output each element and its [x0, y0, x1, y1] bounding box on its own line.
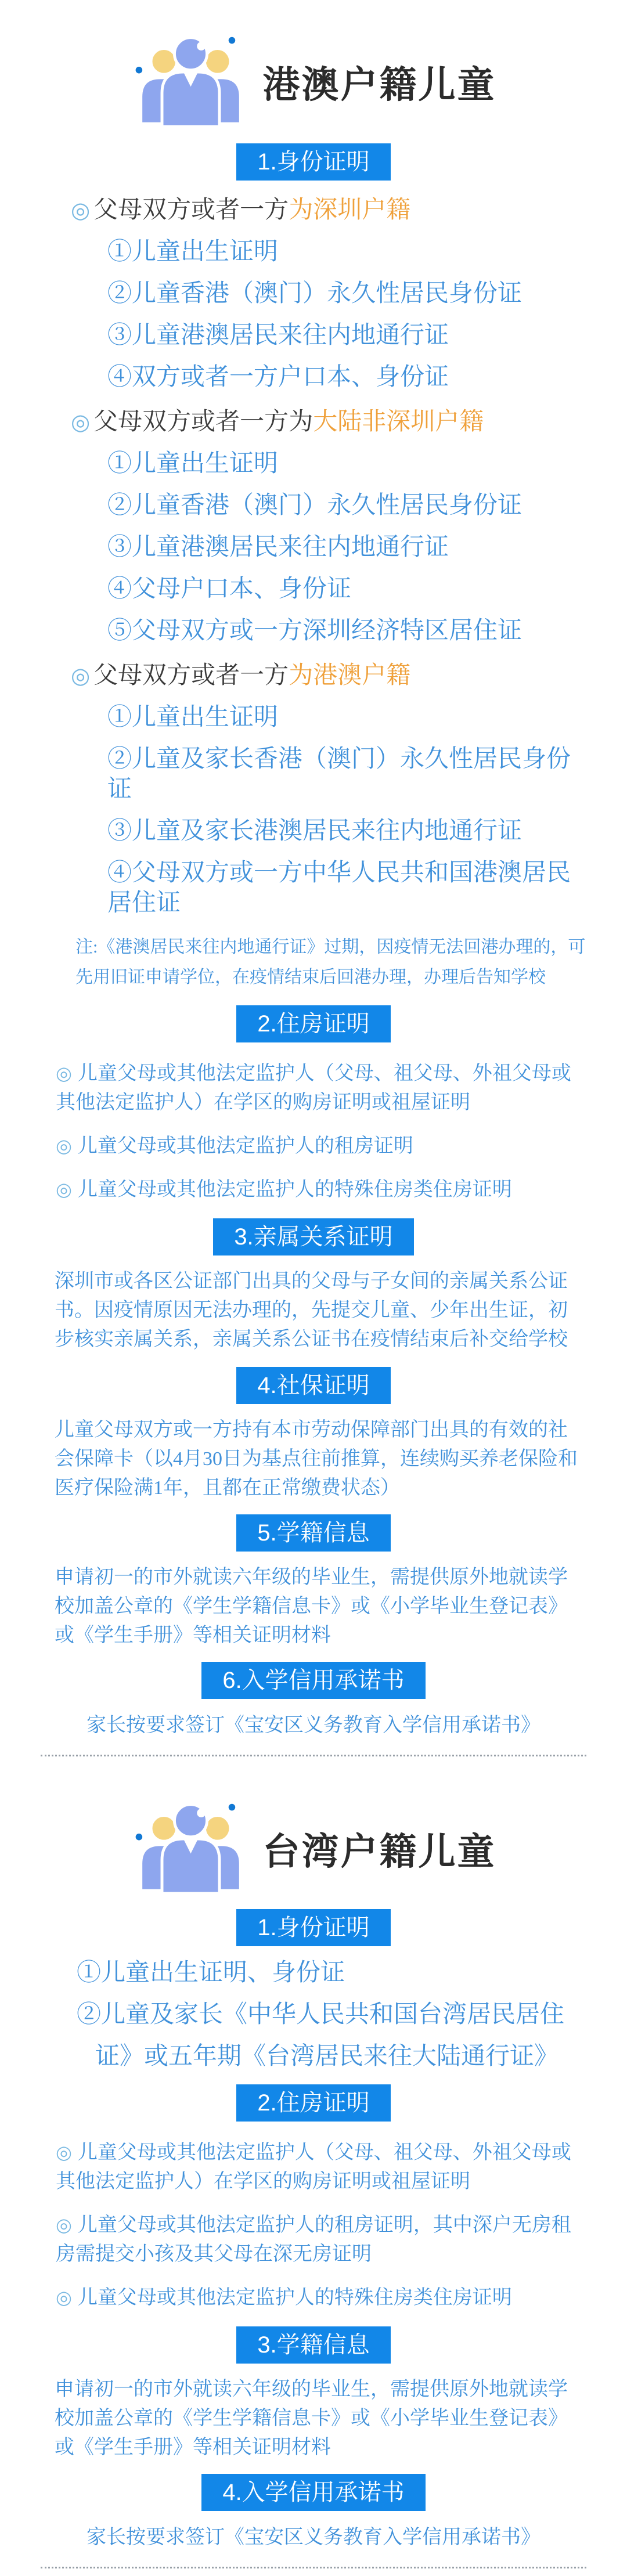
section-hk-macau: 港澳户籍儿童 1.身份证明 ◎父母双方或者一方为深圳户籍 ①儿童出生证明 ②儿童…	[0, 0, 627, 1740]
banner-commitment: 4.入学信用承诺书	[201, 2474, 425, 2511]
banner-school-roll: 3.学籍信息	[236, 2326, 390, 2364]
commitment-line: 家长按要求签订《宝安区义务教育入学信用承诺书》	[0, 2524, 627, 2552]
section-taiwan: 台湾户籍儿童 1.身份证明 ①儿童出生证明、身份证 ②儿童及家长《中华人民共和国…	[0, 1801, 627, 2552]
double-circle-bullet: ◎	[56, 1179, 72, 1200]
list-item: ①儿童出生证明	[107, 702, 572, 733]
banner-school-roll: 5.学籍信息	[236, 1514, 390, 1552]
double-circle-bullet: ◎	[56, 2142, 72, 2163]
hk-section-header: 港澳户籍儿童	[0, 0, 627, 129]
housing-item: ◎儿童父母或其他法定监护人的特殊住房类住房证明	[56, 1175, 590, 1204]
banner-kinship: 3.亲属关系证明	[213, 1218, 413, 1255]
kinship-paragraph: 深圳市或各区公证部门出具的父母与子女间的亲属关系公证书。因疫情原因无法办理的，先…	[55, 1267, 580, 1354]
list-item: ④双方或者一方户口本、身份证	[107, 362, 572, 392]
list-item: ②儿童香港（澳门）永久性居民身份证	[107, 279, 572, 309]
double-circle-bullet: ◎	[71, 410, 90, 435]
list-item: ②儿童及家长香港（澳门）永久性居民身份证	[107, 744, 572, 804]
housing-item: ◎儿童父母或其他法定监护人（父母、祖父母、外祖父母或其他法定监护人）在学区的购房…	[56, 2138, 590, 2196]
list-item: ④父母户口本、身份证	[107, 574, 572, 604]
double-circle-bullet: ◎	[56, 1135, 72, 1156]
list-item: ②儿童香港（澳门）永久性居民身份证	[107, 490, 572, 521]
group-header-shenzhen-hukou: ◎父母双方或者一方为深圳户籍	[71, 196, 627, 225]
list-item: ③儿童港澳居民来往内地通行证	[107, 320, 572, 351]
highlight-text: 为深圳户籍	[289, 197, 410, 223]
double-circle-bullet: ◎	[56, 1063, 72, 1084]
dotted-divider	[41, 2567, 586, 2568]
list-item-continuation: 证》或五年期《台湾居民来往大陆通行证》	[95, 2041, 594, 2072]
list-item: ①儿童出生证明、身份证	[77, 1958, 576, 1988]
banner-commitment: 6.入学信用承诺书	[201, 1662, 425, 1699]
double-circle-bullet: ◎	[56, 2214, 72, 2235]
double-circle-bullet: ◎	[71, 199, 90, 223]
permit-expiry-note: 注:《港澳居民来往内地通行证》过期，因疫情无法回港办理的，可先用旧证申请学位，在…	[75, 932, 592, 993]
group-header-hkmo-hukou: ◎父母双方或者一方为港澳户籍	[71, 661, 627, 691]
highlight-text: 大陆非深圳户籍	[313, 409, 484, 435]
section-title-tw: 台湾户籍儿童	[263, 1822, 496, 1875]
housing-item: ◎儿童父母或其他法定监护人（父母、祖父母、外祖父母或其他法定监护人）在学区的购房…	[56, 1059, 590, 1117]
banner-housing: 2.住房证明	[236, 2084, 390, 2122]
housing-item: ◎儿童父母或其他法定监护人的租房证明	[56, 1131, 590, 1161]
tw-section-header: 台湾户籍儿童	[0, 1801, 627, 1896]
list-item: ②儿童及家长《中华人民共和国台湾居民居住	[77, 2000, 576, 2030]
banner-identity: 1.身份证明	[236, 1909, 390, 1946]
people-group-icon	[131, 34, 250, 129]
school-roll-paragraph: 申请初一的市外就读六年级的毕业生，需提供原外地就读学校加盖公章的《学生学籍信息卡…	[55, 1563, 580, 1650]
highlight-text: 为港澳户籍	[289, 662, 410, 689]
double-circle-bullet: ◎	[56, 2287, 72, 2308]
dotted-divider	[41, 1755, 586, 1756]
banner-identity: 1.身份证明	[236, 143, 390, 181]
social-security-paragraph: 儿童父母双方或一方持有本市劳动保障部门出具的有效的社会保障卡（以4月30日为基点…	[55, 1416, 580, 1503]
housing-item: ◎儿童父母或其他法定监护人的特殊住房类住房证明	[56, 2283, 590, 2312]
enrollment-infographic-page: 港澳户籍儿童 1.身份证明 ◎父母双方或者一方为深圳户籍 ①儿童出生证明 ②儿童…	[0, 0, 627, 2576]
section-title-hk: 港澳户籍儿童	[263, 55, 496, 109]
commitment-line: 家长按要求签订《宝安区义务教育入学信用承诺书》	[0, 1712, 627, 1740]
list-item: ⑤父母双方或一方深圳经济特区居住证	[107, 616, 572, 646]
banner-social-security: 4.社保证明	[236, 1367, 390, 1404]
list-item: ③儿童港澳居民来往内地通行证	[107, 532, 572, 562]
list-item: ③儿童及家长港澳居民来往内地通行证	[107, 816, 572, 846]
banner-housing: 2.住房证明	[236, 1005, 390, 1042]
group-header-mainland-non-shenzhen: ◎父母双方或者一方为大陆非深圳户籍	[71, 407, 627, 437]
list-item: ①儿童出生证明	[107, 237, 572, 267]
housing-item: ◎儿童父母或其他法定监护人的租房证明，其中深户无房租房需提交小孩及其父母在深无房…	[56, 2210, 590, 2269]
people-group-icon	[131, 1801, 250, 1896]
list-item: ①儿童出生证明	[107, 449, 572, 479]
list-item: ④父母双方或一方中华人民共和国港澳居民居住证	[107, 858, 572, 918]
double-circle-bullet: ◎	[71, 664, 90, 688]
school-roll-paragraph: 申请初一的市外就读六年级的毕业生，需提供原外地就读学校加盖公章的《学生学籍信息卡…	[55, 2375, 580, 2462]
